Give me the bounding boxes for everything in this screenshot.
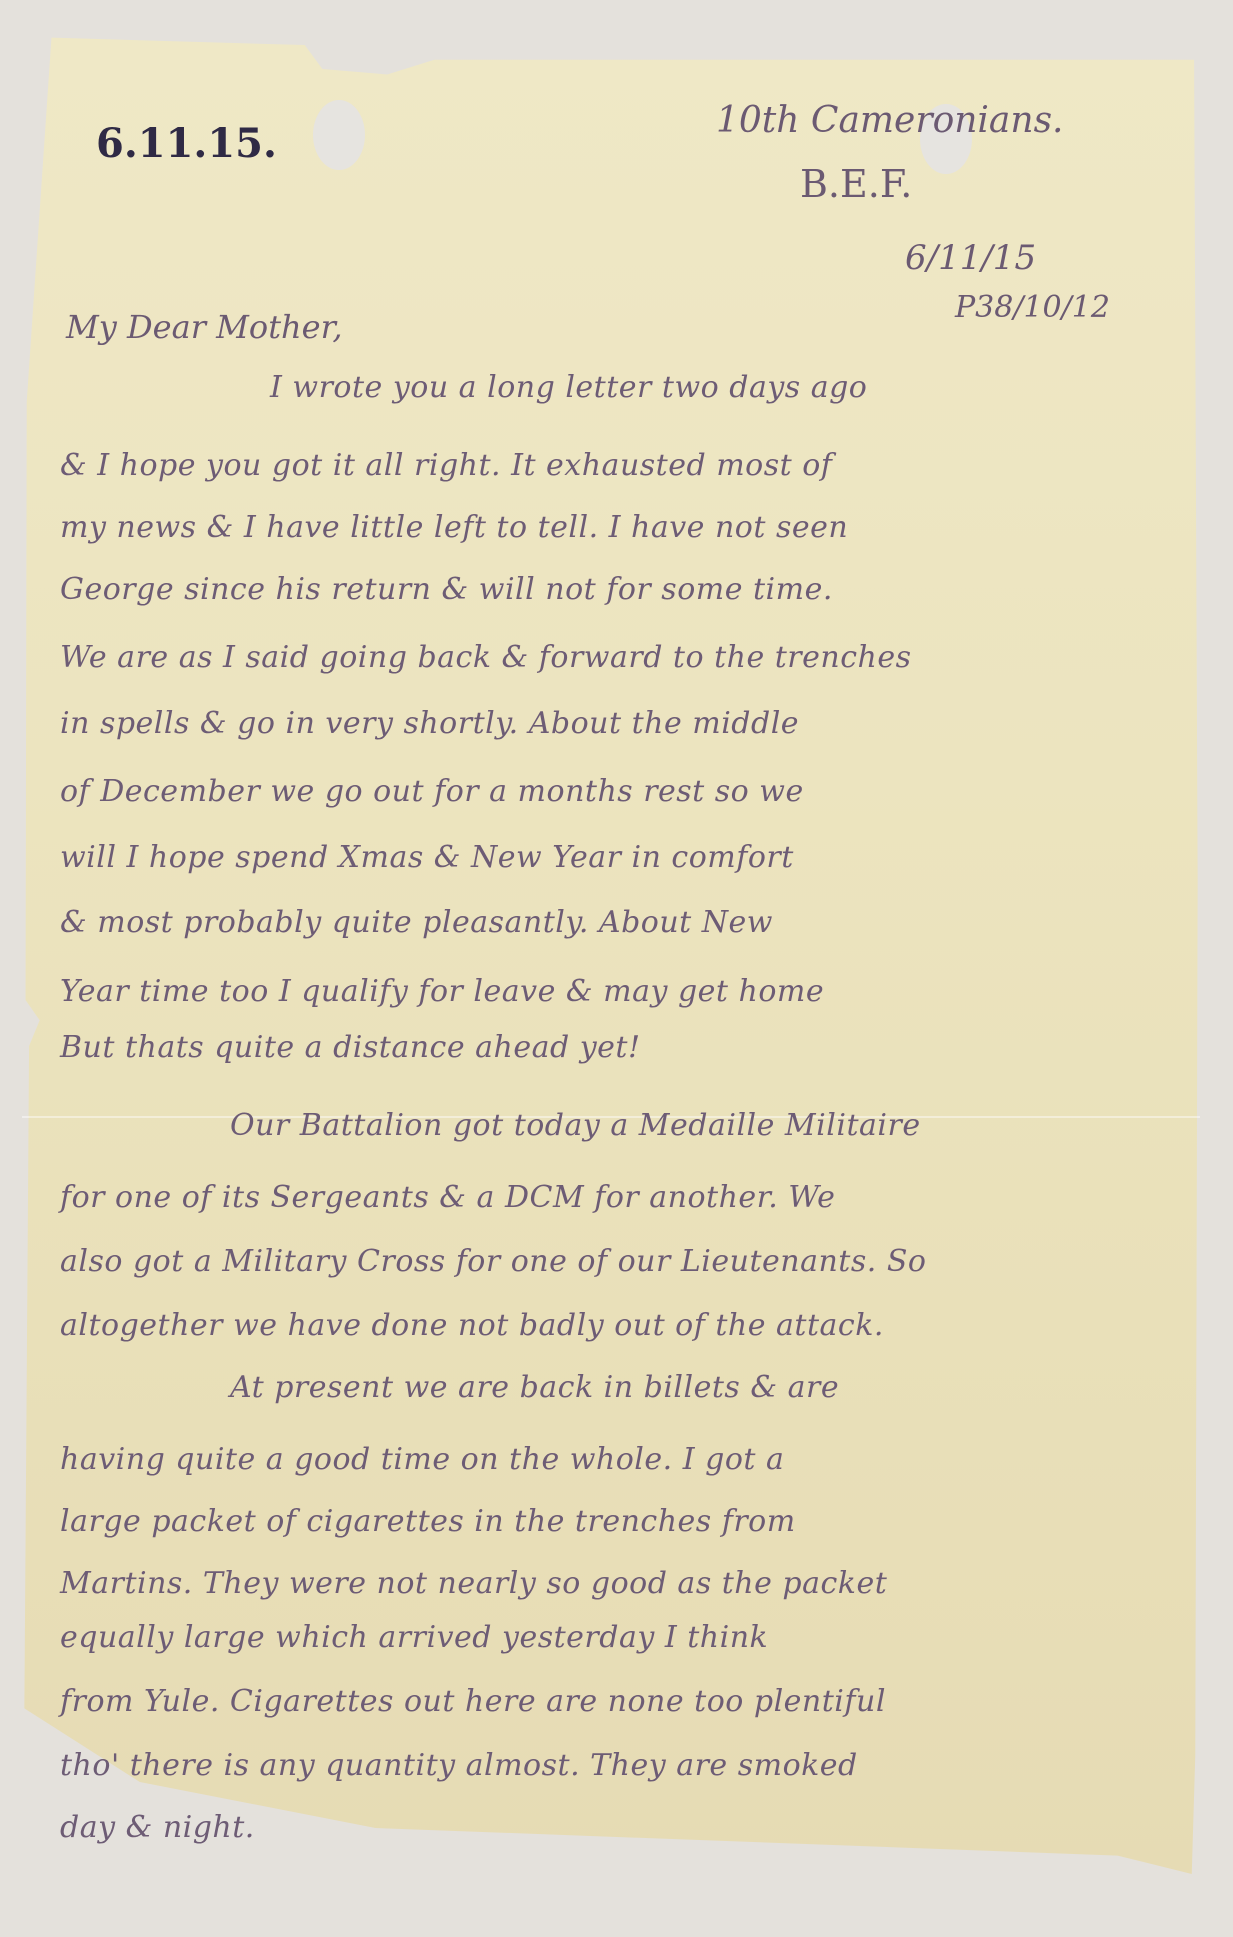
letter-line: from Yule. Cigarettes out here are none … — [60, 1684, 886, 1719]
reference-number: P38/10/12 — [955, 290, 1110, 325]
letter-line: for one of its Sergeants & a DCM for ano… — [60, 1180, 835, 1215]
letter-line: But thats quite a distance ahead yet! — [60, 1030, 641, 1065]
letter-line: large packet of cigarettes in the trench… — [60, 1504, 796, 1539]
punch-hole-left — [313, 100, 365, 170]
letter-line: Our Battalion got today a Medaille Milit… — [230, 1108, 921, 1143]
letter-line: day & night. — [60, 1810, 255, 1845]
letter-line: George since his return & will not for s… — [60, 572, 833, 607]
letter-line: I wrote you a long letter two days ago — [270, 370, 867, 405]
letter-line: altogether we have done not badly out of… — [60, 1308, 884, 1343]
letter-line: my news & I have little left to tell. I … — [60, 510, 848, 545]
letter-line: equally large which arrived yesterday I … — [60, 1620, 768, 1655]
letter-line: tho' there is any quantity almost. They … — [60, 1748, 858, 1783]
letter-line: & I hope you got it all right. It exhaus… — [60, 448, 832, 483]
force-name: B.E.F. — [800, 162, 912, 206]
letter-line: will I hope spend Xmas & New Year in com… — [60, 840, 794, 875]
letter-line: Martins. They were not nearly so good as… — [60, 1566, 887, 1601]
letter-line: At present we are back in billets & are — [230, 1370, 839, 1405]
letter-line: also got a Military Cross for one of our… — [60, 1244, 926, 1279]
archive-date-stamp: 6.11.15. — [96, 120, 277, 167]
letter-line: We are as I said going back & forward to… — [60, 640, 912, 675]
letter-line: in spells & go in very shortly. About th… — [60, 706, 799, 741]
letter-line: having quite a good time on the whole. I… — [60, 1442, 784, 1477]
letter-line: of December we go out for a months rest … — [60, 774, 804, 809]
letter-line: Year time too I qualify for leave & may … — [60, 974, 824, 1009]
salutation: My Dear Mother, — [66, 308, 343, 346]
letter-line: & most probably quite pleasantly. About … — [60, 905, 773, 940]
unit-name: 10th Cameronians. — [716, 100, 1064, 141]
letter-date: 6/11/15 — [905, 238, 1036, 278]
